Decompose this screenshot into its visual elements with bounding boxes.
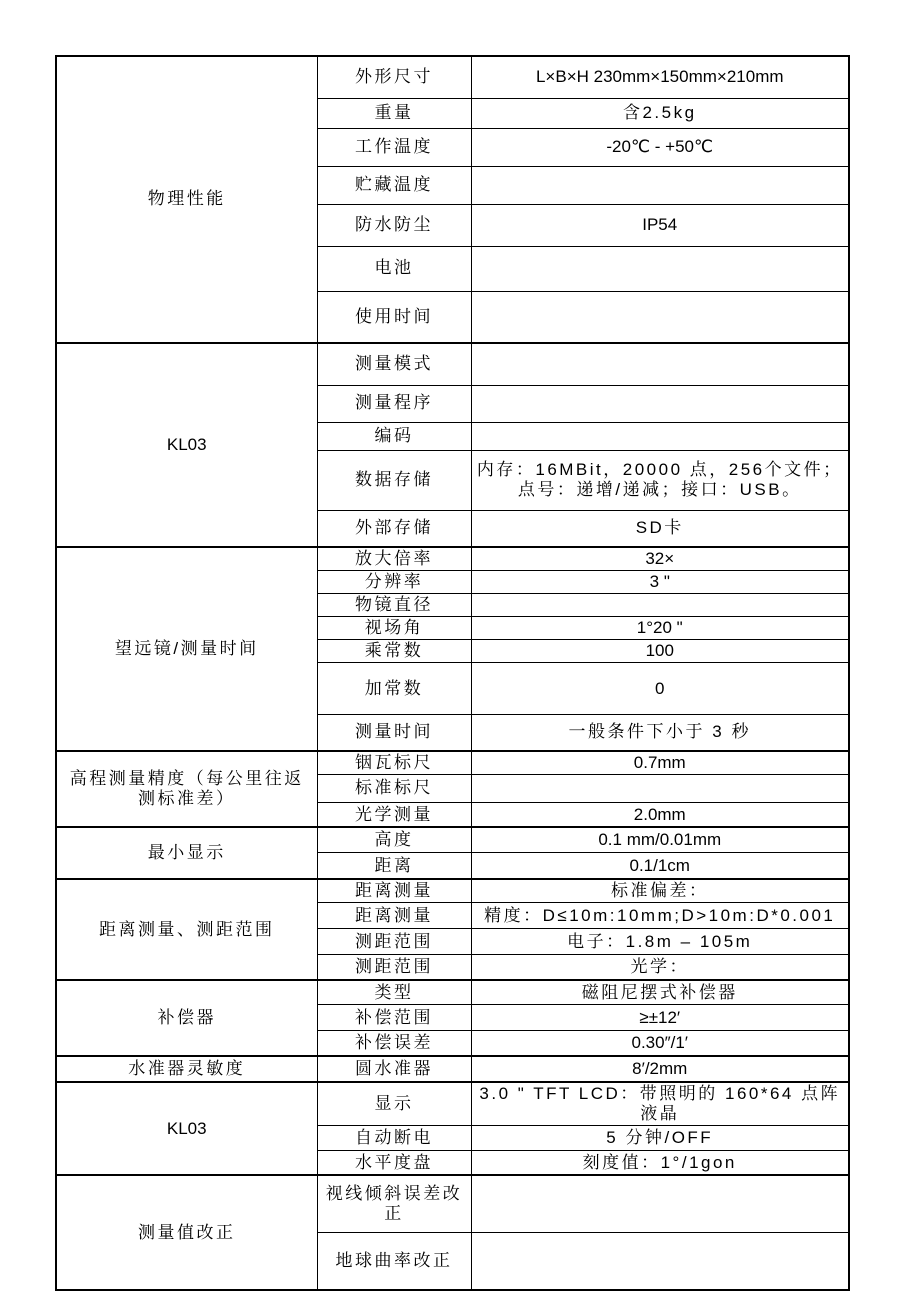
param-cell: 水平度盘 — [317, 1150, 471, 1175]
param-cell: 编码 — [317, 422, 471, 450]
value-cell: 2.0mm — [471, 802, 849, 827]
param-cell: 视线倾斜误差改正 — [317, 1175, 471, 1232]
value-cell: 8′/2mm — [471, 1056, 849, 1082]
param-cell: 测距范围 — [317, 955, 471, 980]
param-cell: 标准标尺 — [317, 774, 471, 802]
value-cell — [471, 1175, 849, 1232]
value-cell: SD卡 — [471, 510, 849, 547]
param-cell: 地球曲率改正 — [317, 1232, 471, 1290]
param-cell: 电池 — [317, 246, 471, 291]
value-cell: L×B×H 230mm×150mm×210mm — [471, 56, 849, 98]
param-cell: 距离 — [317, 852, 471, 879]
value-cell — [471, 246, 849, 291]
category-cell: 最小显示 — [56, 827, 317, 879]
table-row: 望远镜/测量时间放大倍率32× — [56, 547, 849, 571]
value-cell — [471, 343, 849, 385]
category-cell: 测量值改正 — [56, 1175, 317, 1290]
param-cell: 工作温度 — [317, 128, 471, 166]
value-cell: 标准偏差： — [471, 879, 849, 903]
param-cell: 外形尺寸 — [317, 56, 471, 98]
spec-table: 物理性能外形尺寸L×B×H 230mm×150mm×210mm重量含2.5kg工… — [55, 55, 850, 1291]
param-cell: 乘常数 — [317, 640, 471, 663]
category-cell: KL03 — [56, 1082, 317, 1176]
value-cell — [471, 291, 849, 343]
value-cell — [471, 385, 849, 422]
param-cell: 防水防尘 — [317, 204, 471, 246]
param-cell: 测量时间 — [317, 715, 471, 751]
value-cell: 100 — [471, 640, 849, 663]
value-cell: 0 — [471, 663, 849, 715]
table-row: 补偿器类型磁阻尼摆式补偿器 — [56, 980, 849, 1005]
param-cell: 距离测量 — [317, 903, 471, 929]
value-cell — [471, 1232, 849, 1290]
param-cell: 视场角 — [317, 617, 471, 640]
value-cell: -20℃ - +50℃ — [471, 128, 849, 166]
param-cell: 外部存储 — [317, 510, 471, 547]
value-cell — [471, 166, 849, 204]
value-cell — [471, 594, 849, 617]
value-cell — [471, 422, 849, 450]
param-cell: 补偿误差 — [317, 1031, 471, 1056]
param-cell: 自动断电 — [317, 1125, 471, 1150]
value-cell: IP54 — [471, 204, 849, 246]
value-cell: 5 分钟/OFF — [471, 1125, 849, 1150]
value-cell: 0.1 mm/0.01mm — [471, 827, 849, 852]
value-cell — [471, 774, 849, 802]
spec-table-body: 物理性能外形尺寸L×B×H 230mm×150mm×210mm重量含2.5kg工… — [56, 56, 849, 1290]
value-cell: 一般条件下小于 3 秒 — [471, 715, 849, 751]
param-cell: 物镜直径 — [317, 594, 471, 617]
param-cell: 类型 — [317, 980, 471, 1005]
param-cell: 放大倍率 — [317, 547, 471, 571]
value-cell: 含2.5kg — [471, 98, 849, 128]
value-cell: 光学： — [471, 955, 849, 980]
category-cell: 水准器灵敏度 — [56, 1056, 317, 1082]
table-row: KL03显示3.0 " TFT LCD：带照明的 160*64 点阵液晶 — [56, 1082, 849, 1126]
param-cell: 测距范围 — [317, 929, 471, 955]
table-row: KL03测量模式 — [56, 343, 849, 385]
table-row: 距离测量、测距范围距离测量标准偏差： — [56, 879, 849, 903]
param-cell: 距离测量 — [317, 879, 471, 903]
param-cell: 高度 — [317, 827, 471, 852]
value-cell: ≥±12′ — [471, 1005, 849, 1031]
param-cell: 光学测量 — [317, 802, 471, 827]
param-cell: 显示 — [317, 1082, 471, 1126]
value-cell: 精度：D≤10m:10mm;D>10m:D*0.001 — [471, 903, 849, 929]
param-cell: 分辨率 — [317, 571, 471, 594]
value-cell: 内存：16MBit，20000 点，256个文件；点号：递增/递减；接口：USB… — [471, 450, 849, 510]
param-cell: 贮藏温度 — [317, 166, 471, 204]
category-cell: 望远镜/测量时间 — [56, 547, 317, 751]
value-cell: 磁阻尼摆式补偿器 — [471, 980, 849, 1005]
category-cell: 距离测量、测距范围 — [56, 879, 317, 980]
category-cell: 补偿器 — [56, 980, 317, 1056]
param-cell: 加常数 — [317, 663, 471, 715]
param-cell: 重量 — [317, 98, 471, 128]
document-page: 物理性能外形尺寸L×B×H 230mm×150mm×210mm重量含2.5kg工… — [0, 0, 900, 1300]
value-cell: 0.30″/1′ — [471, 1031, 849, 1056]
table-row: 物理性能外形尺寸L×B×H 230mm×150mm×210mm — [56, 56, 849, 98]
table-row: 高程测量精度（每公里往返测标准差）铟瓦标尺0.7mm — [56, 751, 849, 775]
param-cell: 铟瓦标尺 — [317, 751, 471, 775]
param-cell: 测量程序 — [317, 385, 471, 422]
category-cell: KL03 — [56, 343, 317, 547]
value-cell: 0.1/1cm — [471, 852, 849, 879]
value-cell: 3.0 " TFT LCD：带照明的 160*64 点阵液晶 — [471, 1082, 849, 1126]
value-cell: 1°20 " — [471, 617, 849, 640]
table-row: 水准器灵敏度圆水准器8′/2mm — [56, 1056, 849, 1082]
value-cell: 0.7mm — [471, 751, 849, 775]
value-cell: 刻度值：1°/1gon — [471, 1150, 849, 1175]
table-row: 最小显示高度0.1 mm/0.01mm — [56, 827, 849, 852]
param-cell: 补偿范围 — [317, 1005, 471, 1031]
category-cell: 物理性能 — [56, 56, 317, 343]
value-cell: 3 " — [471, 571, 849, 594]
param-cell: 数据存储 — [317, 450, 471, 510]
param-cell: 圆水准器 — [317, 1056, 471, 1082]
table-row: 测量值改正视线倾斜误差改正 — [56, 1175, 849, 1232]
value-cell: 电子：1.8m – 105m — [471, 929, 849, 955]
category-cell: 高程测量精度（每公里往返测标准差） — [56, 751, 317, 828]
param-cell: 使用时间 — [317, 291, 471, 343]
param-cell: 测量模式 — [317, 343, 471, 385]
value-cell: 32× — [471, 547, 849, 571]
